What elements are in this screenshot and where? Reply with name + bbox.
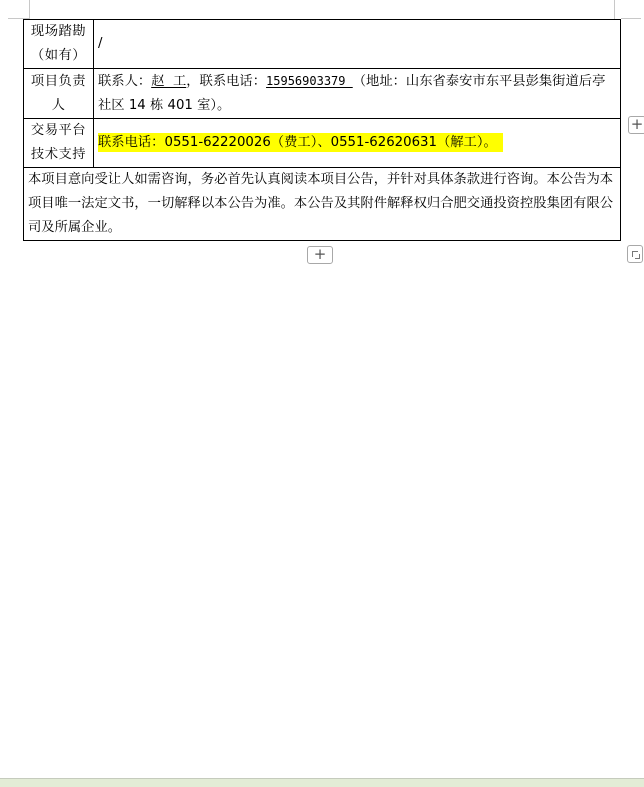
phone-prefix: ，联系电话： [186,74,266,89]
table-row-project-lead: 项目负责人 联系人：赵 工，联系电话：15956903379 （地址：山东省泰安… [24,69,621,119]
notice-text[interactable]: 本项目意向受让人如需咨询，务必首先认真阅读本项目公告，并针对具体条款进行咨询。本… [24,168,621,241]
contact-prefix: 联系人： [98,74,151,89]
tech-support-phones: 联系电话：0551-62220026（费工）、0551-62620631（解工）… [98,133,503,152]
plus-icon: + [631,115,644,133]
tech-support-label: 交易平台技术支持 [24,119,94,168]
table-row-tech-support: 交易平台技术支持 联系电话：0551-62220026（费工）、0551-626… [24,119,621,168]
project-lead-value[interactable]: 联系人：赵 工，联系电话：15956903379 （地址：山东省泰安市东平县彭集… [94,69,621,119]
tech-support-value[interactable]: 联系电话：0551-62220026（费工）、0551-62620631（解工）… [94,119,621,168]
project-lead-label: 项目负责人 [24,69,94,119]
add-row-button[interactable]: + [307,246,333,264]
contact-phone: 15956903379 [266,74,353,88]
site-survey-value[interactable]: / [94,20,621,69]
table-row-site-survey: 现场踏勘（如有） / [24,20,621,69]
status-bar-edge [0,778,644,787]
site-survey-label: 现场踏勘（如有） [24,20,94,69]
contact-name: 赵 工 [151,74,186,89]
table-resize-handle[interactable] [627,245,643,263]
add-column-button[interactable]: + [628,116,644,134]
announcement-table: 现场踏勘（如有） / 项目负责人 联系人：赵 工，联系电话：1595690337… [23,19,621,241]
plus-icon: + [314,245,327,263]
crop-mark-top-right-vertical [614,0,615,19]
crop-mark-top-left-vertical [29,0,30,19]
table-row-notice: 本项目意向受让人如需咨询，务必首先认真阅读本项目公告，并针对具体条款进行咨询。本… [24,168,621,241]
crop-mark-top-right-horizontal [621,18,641,19]
